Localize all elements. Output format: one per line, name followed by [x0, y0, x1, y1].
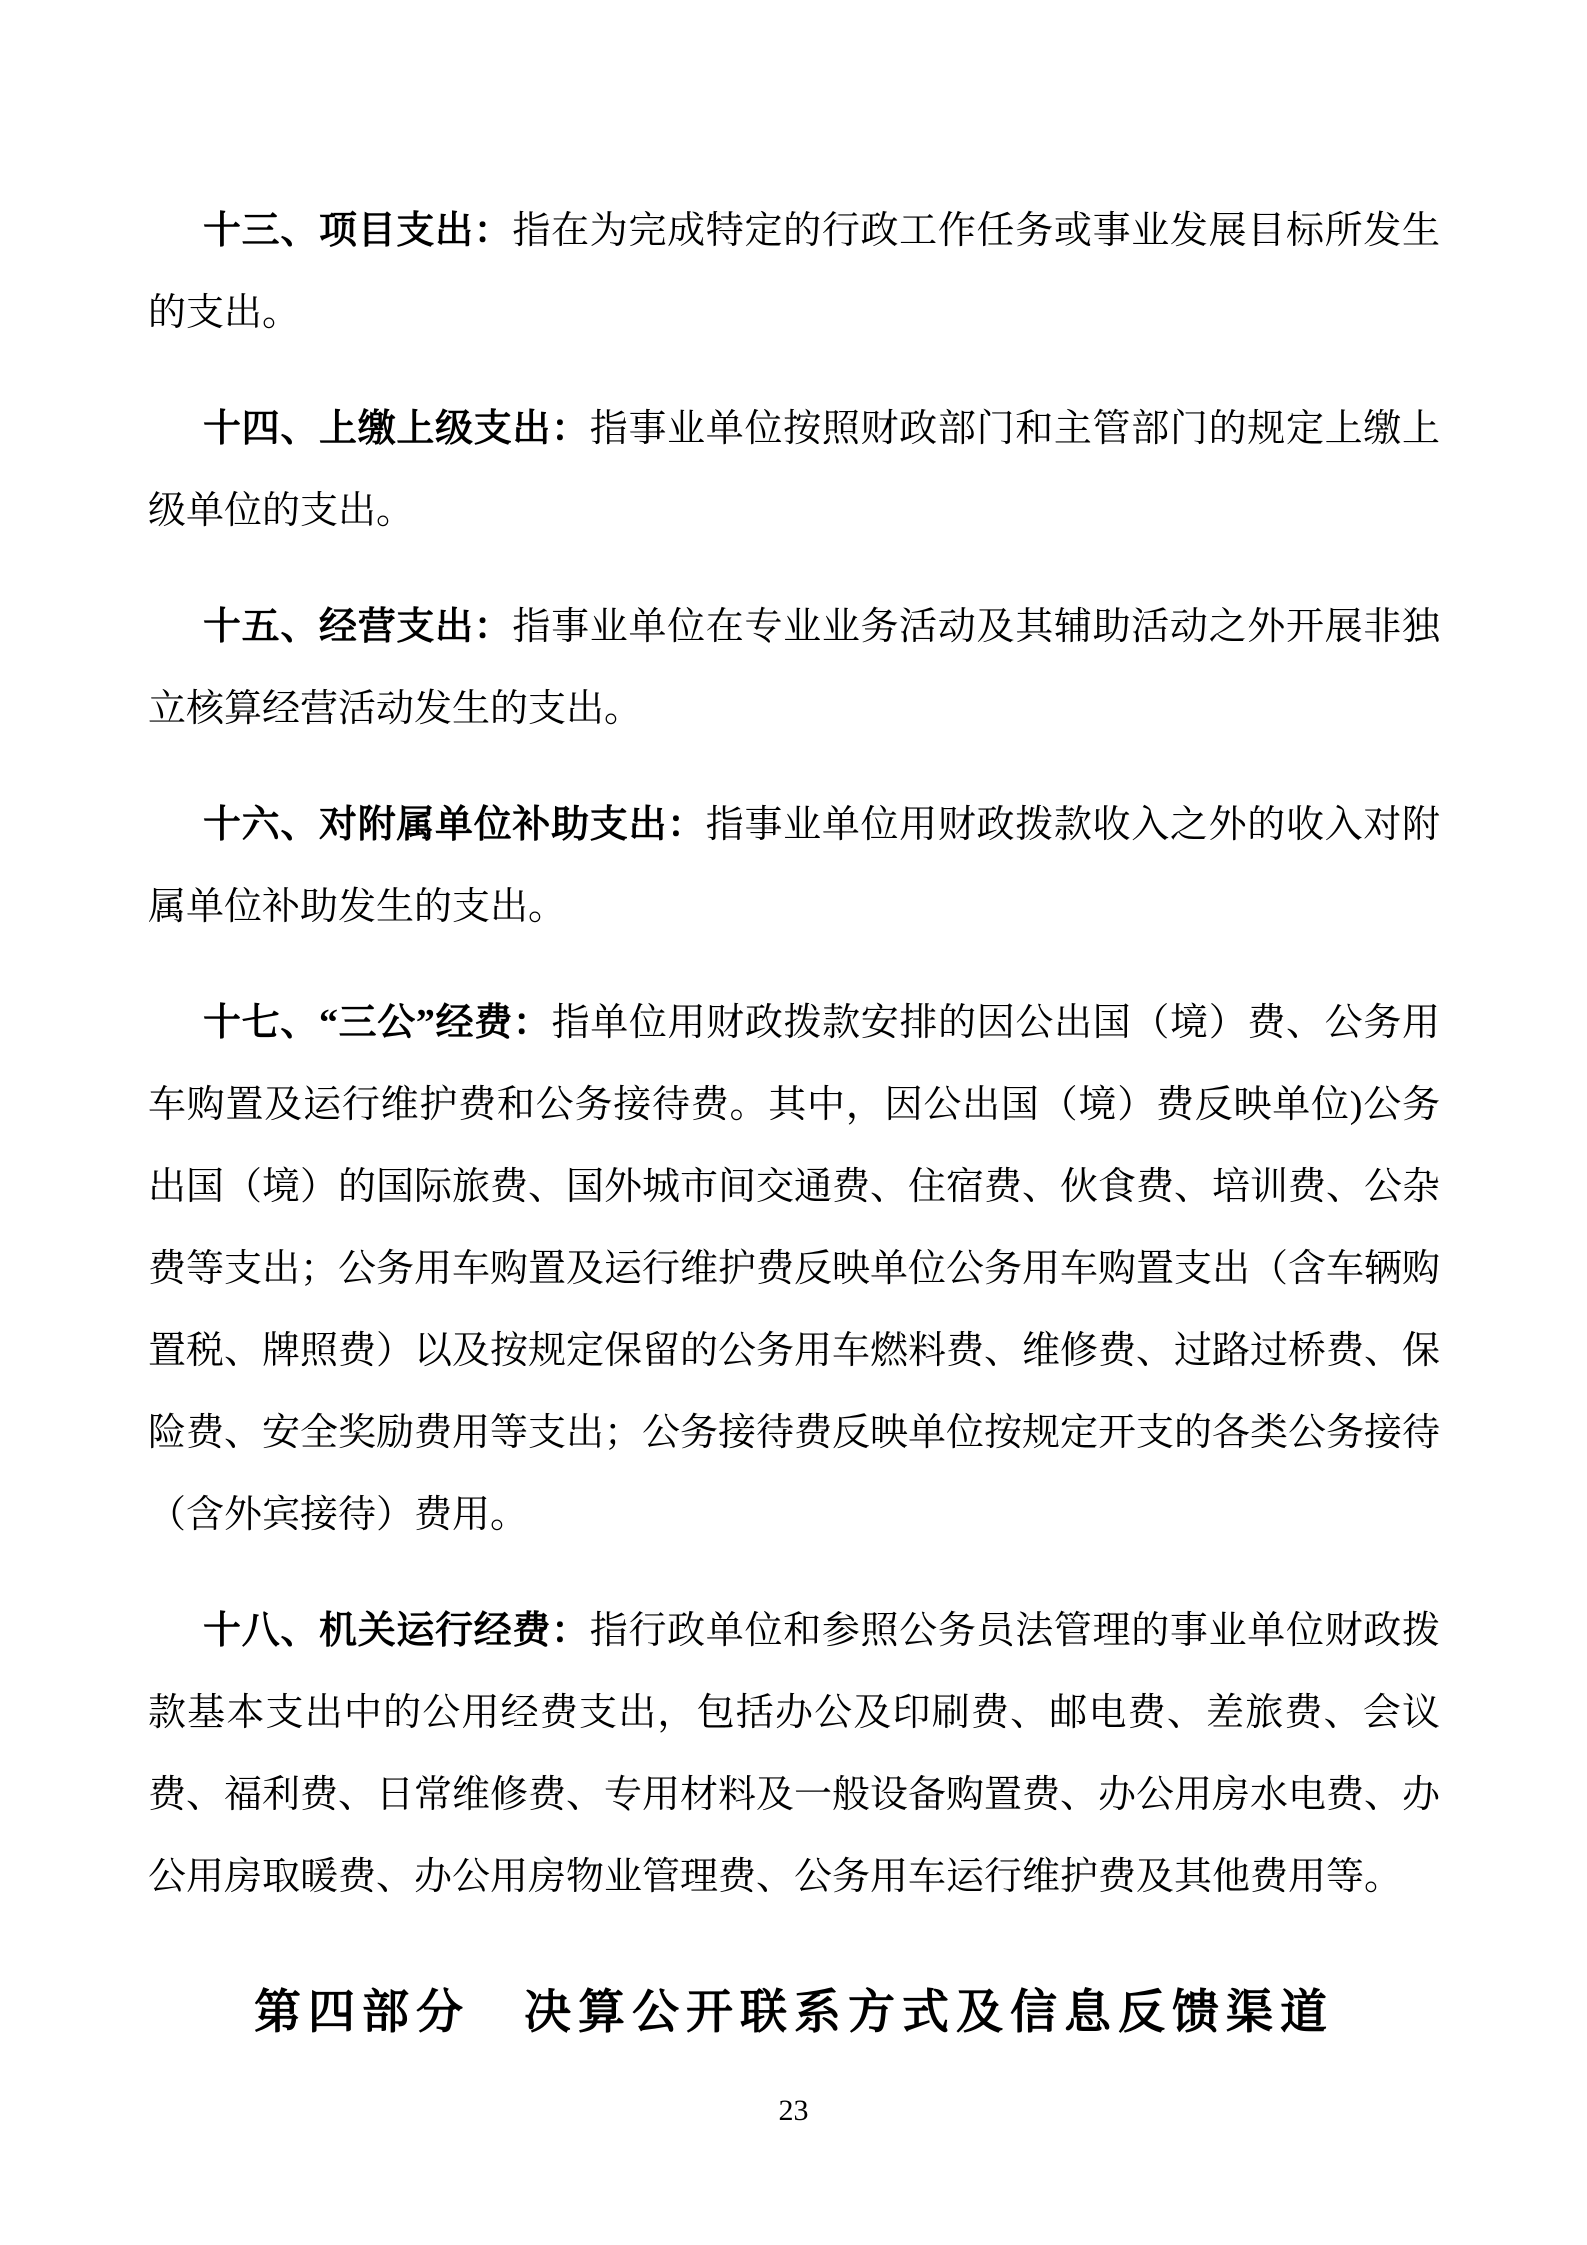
definition-paragraph-13: 十三、项目支出：指在为完成特定的行政工作任务或事业发展目标所发生的支出。 — [148, 190, 1440, 354]
section-heading: 第四部分 决算公开联系方式及信息反馈渠道 — [148, 1978, 1440, 2048]
term-label: 十三、项目支出： — [203, 210, 512, 252]
page-number: 23 — [0, 2093, 1587, 2129]
document-body: 十三、项目支出：指在为完成特定的行政工作任务或事业发展目标所发生的支出。 十四、… — [148, 190, 1440, 2048]
definition-paragraph-15: 十五、经营支出：指事业单位在专业业务活动及其辅助活动之外开展非独立核算经营活动发… — [148, 586, 1440, 750]
term-label: 十五、经营支出： — [203, 606, 512, 648]
term-label: 十四、上缴上级支出： — [203, 408, 590, 450]
term-label: 十七、“三公”经费： — [203, 1002, 552, 1044]
definition-paragraph-16: 十六、对附属单位补助支出：指事业单位用财政拨款收入之外的收入对附属单位补助发生的… — [148, 784, 1440, 948]
definition-paragraph-18: 十八、机关运行经费：指行政单位和参照公务员法管理的事业单位财政拨款基本支出中的公… — [148, 1590, 1440, 1918]
term-definition: 指行政单位和参照公务员法管理的事业单位财政拨款基本支出中的公用经费支出，包括办公… — [148, 1610, 1440, 1898]
term-definition: 指单位用财政拨款安排的因公出国（境）费、公务用车购置及运行维护费和公务接待费。其… — [148, 1002, 1440, 1536]
term-label: 十八、机关运行经费： — [203, 1610, 590, 1652]
definition-paragraph-17: 十七、“三公”经费：指单位用财政拨款安排的因公出国（境）费、公务用车购置及运行维… — [148, 982, 1440, 1556]
document-page: { "paragraphs": [ { "label": "十三、项目支出：",… — [0, 0, 1587, 2245]
definition-paragraph-14: 十四、上缴上级支出：指事业单位按照财政部门和主管部门的规定上缴上级单位的支出。 — [148, 388, 1440, 552]
term-label: 十六、对附属单位补助支出： — [203, 804, 706, 846]
